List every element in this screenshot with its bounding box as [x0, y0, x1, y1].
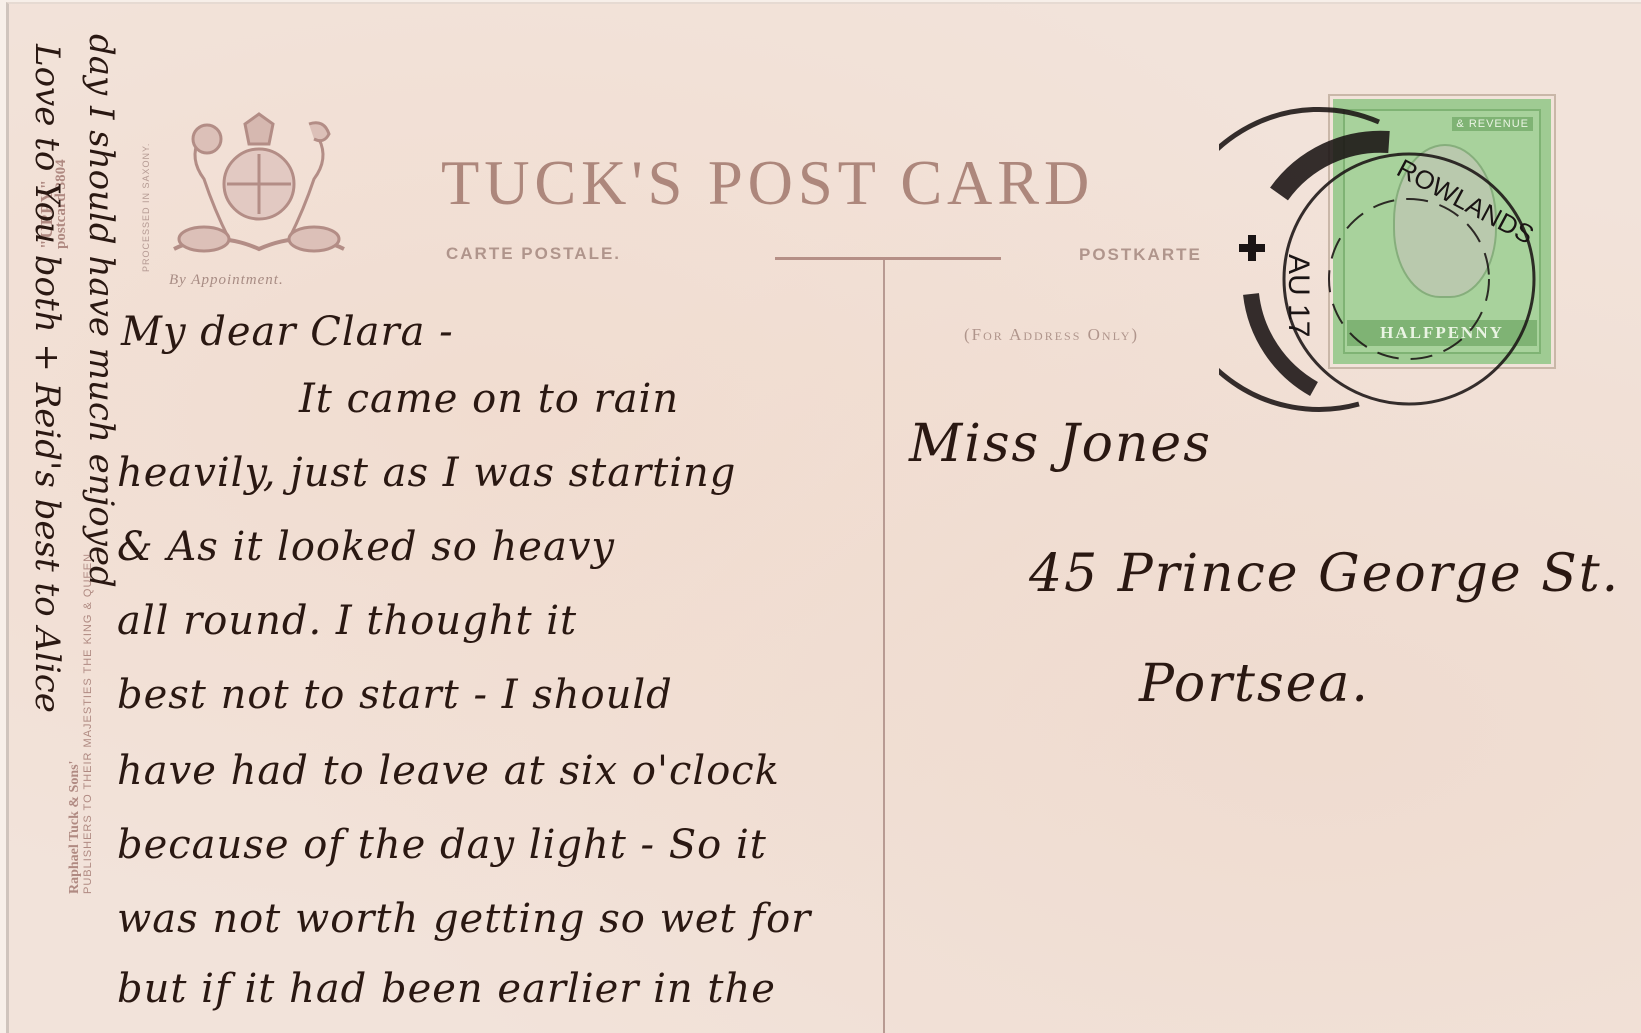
recipient-street: 45 Prince George St. — [1029, 544, 1620, 604]
publisher-label: Raphael Tuck & Sons' — [67, 761, 83, 894]
carte-postale-label: CARTE POSTALE. — [446, 244, 621, 264]
message-line: all round. I thought it — [117, 598, 577, 644]
recipient-name: Miss Jones — [909, 414, 1212, 474]
postmark-date: AU 17 — [1282, 254, 1315, 337]
message-line: because of the day light - So it — [117, 822, 767, 868]
message-line: best not to start - I should — [117, 672, 673, 718]
postkarte-label: POSTKARTE — [1079, 245, 1202, 265]
message-line: heavily, just as I was starting — [117, 450, 736, 496]
divider-horizontal — [775, 257, 1001, 260]
margin-note-line: Love to You both + Reid's best to Alice — [27, 44, 67, 713]
card-title: TUCK'S POST CARD — [441, 146, 1094, 220]
recipient-town: Portsea. — [1139, 654, 1370, 714]
message-line: but if it had been earlier in the — [117, 966, 776, 1012]
message-line: have had to leave at six o'clock — [117, 748, 780, 794]
message-line: My dear Clara - — [121, 309, 454, 355]
halfpenny-stamp: & REVENUE HALFPENNY — [1333, 99, 1551, 364]
by-appointment-caption: By Appointment. — [169, 272, 284, 289]
publisher-note-label: PUBLISHERS TO THEIR MAJESTIES THE KING &… — [82, 549, 94, 894]
stamp-revenue-label: & REVENUE — [1452, 117, 1533, 131]
for-address-only-label: (For Address Only) — [964, 325, 1139, 345]
royal-crest-icon — [159, 99, 359, 274]
processed-in-saxony-label: PROCESSED IN SAXONY. — [141, 143, 151, 272]
divider-vertical — [883, 260, 885, 1033]
stamp-value-label: HALFPENNY — [1347, 320, 1537, 346]
postcard: PROCESSED IN SAXONY. By Appointment. TUC… — [6, 2, 1641, 1033]
margin-note-line: day I should have much enjoyed — [81, 34, 121, 588]
cross-icon — [1239, 235, 1265, 261]
message-line: & As it looked so heavy — [117, 524, 615, 570]
message-line: was not worth getting so wet for — [117, 896, 811, 942]
message-line: It came on to rain — [299, 376, 679, 422]
king-portrait-icon — [1393, 144, 1497, 298]
